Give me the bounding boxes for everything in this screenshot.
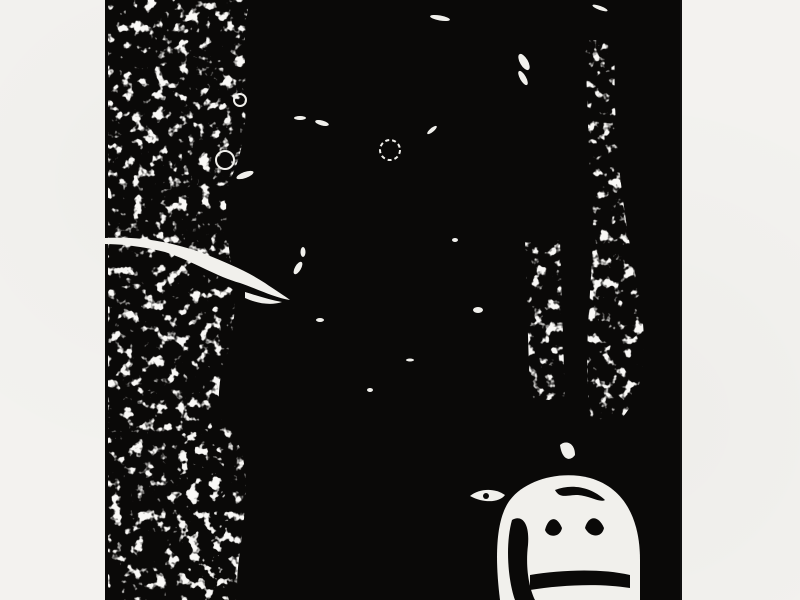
right-mottled-streak	[560, 0, 670, 460]
rounded-figure	[470, 442, 640, 600]
middle-mottled-streak	[500, 230, 600, 420]
print-texture	[0, 0, 800, 600]
